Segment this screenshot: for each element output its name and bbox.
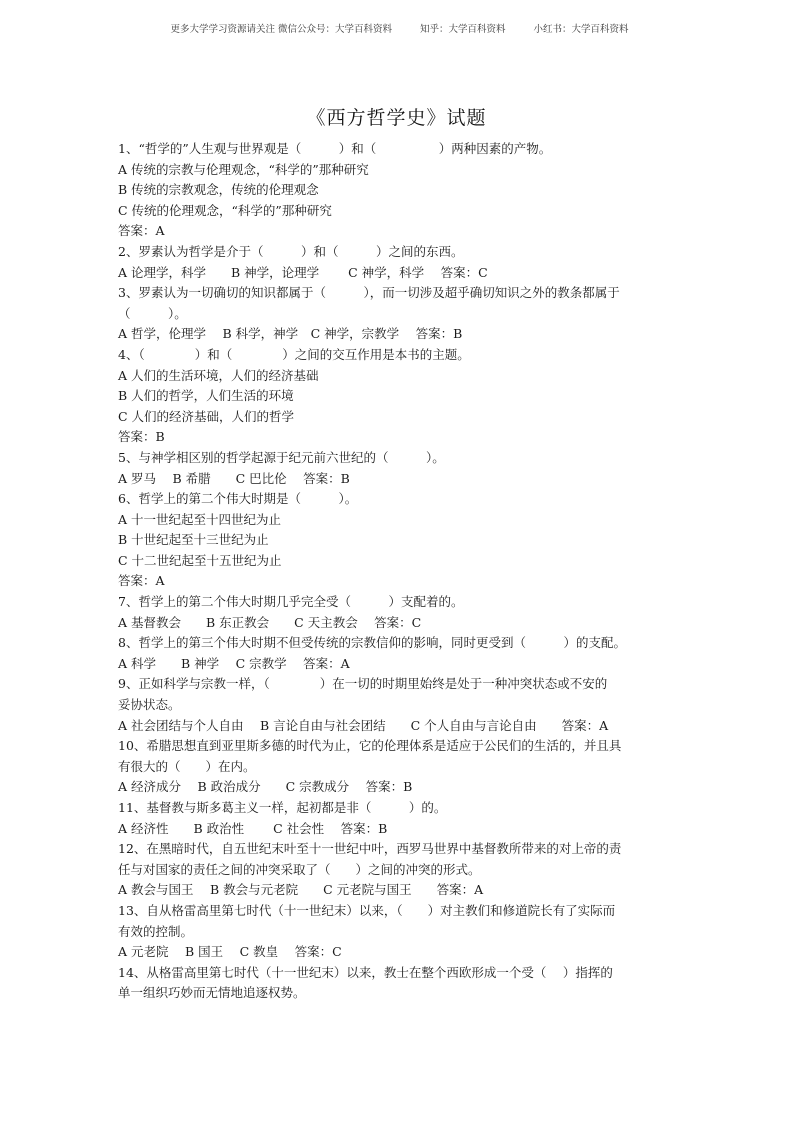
question-14-text: 14、从格雷高里第七时代（十一世纪末）以来，教士在整个西欧形成一个受（ ）指挥的: [118, 963, 684, 984]
question-9-text: 9、正如科学与宗教一样，（ ）在一切的时期里始终是处于一种冲突状态或不安的: [118, 674, 684, 695]
document-title: 《西方哲学史》试题: [0, 103, 793, 130]
document-body: 1、“哲学的”人生观与世界观是（ ）和（ ）两种因素的产物。 A 传统的宗教与伦…: [118, 139, 684, 1004]
question-8-options-answer: A 科学 B 神学 C 宗教学 答案：A: [118, 654, 684, 675]
question-7-text: 7、哲学上的第二个伟大时期几乎完全受（ ）支配着的。: [118, 592, 684, 613]
question-13-options-answer: A 元老院 B 国王 C 教皇 答案：C: [118, 942, 684, 963]
question-4-option-a: A 人们的生活环境，人们的经济基础: [118, 366, 684, 387]
question-10-text: 10、希腊思想直到亚里斯多德的时代为止，它的伦理体系是适应于公民们的生活的，并且…: [118, 736, 684, 757]
header-promo-text: 更多大学学习资源请关注 微信公众号：大学百科资料: [170, 24, 392, 35]
header-xiaohongshu-text: 小红书：大学百科资料: [534, 24, 629, 35]
question-14-text-cont: 单一组织巧妙而无情地追逐权势。: [118, 983, 684, 1004]
question-11-options-answer: A 经济性 B 政治性 C 社会性 答案：B: [118, 819, 684, 840]
question-4-option-c: C 人们的经济基础，人们的哲学: [118, 407, 684, 428]
question-12-options-answer: A 教会与国王 B 教会与元老院 C 元老院与国王 答案：A: [118, 880, 684, 901]
question-1-option-c: C 传统的伦理观念，“科学的”那种研究: [118, 201, 684, 222]
question-2-options-answer: A 论理学，科学 B 神学，论理学 C 神学，科学 答案：C: [118, 263, 684, 284]
question-13-text: 13、自从格雷高里第七时代（十一世纪末）以来，（ ）对主教们和修道院长有了实际而: [118, 901, 684, 922]
question-7-options-answer: A 基督教会 B 东正教会 C 天主教会 答案：C: [118, 613, 684, 634]
question-3-options-answer: A 哲学，伦理学 B 科学，神学 C 神学，宗教学 答案：B: [118, 324, 684, 345]
question-3-text: 3、罗素认为一切确切的知识都属于（ ），而一切涉及超乎确切知识之外的教条都属于: [118, 283, 684, 304]
question-5-options-answer: A 罗马 B 希腊 C 巴比伦 答案：B: [118, 469, 684, 490]
question-6-option-a: A 十一世纪起至十四世纪为止: [118, 510, 684, 531]
question-6-text: 6、哲学上的第二个伟大时期是（ ）。: [118, 489, 684, 510]
question-12-text: 12、在黑暗时代，自五世纪末叶至十一世纪中叶，西罗马世界中基督教所带来的对上帝的…: [118, 839, 684, 860]
question-1-option-a: A 传统的宗教与伦理观念，“科学的”那种研究: [118, 160, 684, 181]
question-11-text: 11、基督教与斯多葛主义一样，起初都是非（ ）的。: [118, 798, 684, 819]
question-6-answer: 答案：A: [118, 571, 684, 592]
question-5-text: 5、与神学相区别的哲学起源于纪元前六世纪的（ ）。: [118, 448, 684, 469]
question-4-text: 4、（ ）和（ ）之间的交互作用是本书的主题。: [118, 345, 684, 366]
question-10-text-cont: 有很大的（ ）在内。: [118, 757, 684, 778]
question-4-answer: 答案：B: [118, 427, 684, 448]
question-8-text: 8、哲学上的第三个伟大时期不但受传统的宗教信仰的影响，同时更受到（ ）的支配。: [118, 633, 684, 654]
question-2-text: 2、罗素认为哲学是介于（ ）和（ ）之间的东西。: [118, 242, 684, 263]
question-13-text-cont: 有效的控制。: [118, 922, 684, 943]
question-10-options-answer: A 经济成分 B 政治成分 C 宗教成分 答案：B: [118, 777, 684, 798]
question-9-options-answer: A 社会团结与个人自由 B 言论自由与社会团结 C 个人自由与言论自由 答案：A: [118, 716, 684, 737]
question-4-option-b: B 人们的哲学，人们生活的环境: [118, 386, 684, 407]
question-1-text: 1、“哲学的”人生观与世界观是（ ）和（ ）两种因素的产物。: [118, 139, 684, 160]
question-12-text-cont: 任与对国家的责任之间的冲突采取了（ ）之间的冲突的形式。: [118, 860, 684, 881]
question-6-option-c: C 十二世纪起至十五世纪为止: [118, 551, 684, 572]
question-1-option-b: B 传统的宗教观念，传统的伦理观念: [118, 180, 684, 201]
question-3-text-cont: （ ）。: [118, 304, 684, 325]
question-1-answer: 答案：A: [118, 221, 684, 242]
question-9-text-cont: 妥协状态。: [118, 695, 684, 716]
header-zhihu-text: 知乎：大学百科资料: [420, 24, 506, 35]
question-6-option-b: B 十世纪起至十三世纪为止: [118, 530, 684, 551]
page-header: 更多大学学习资源请关注 微信公众号：大学百科资料知乎：大学百科资料小红书：大学百…: [0, 10, 793, 35]
